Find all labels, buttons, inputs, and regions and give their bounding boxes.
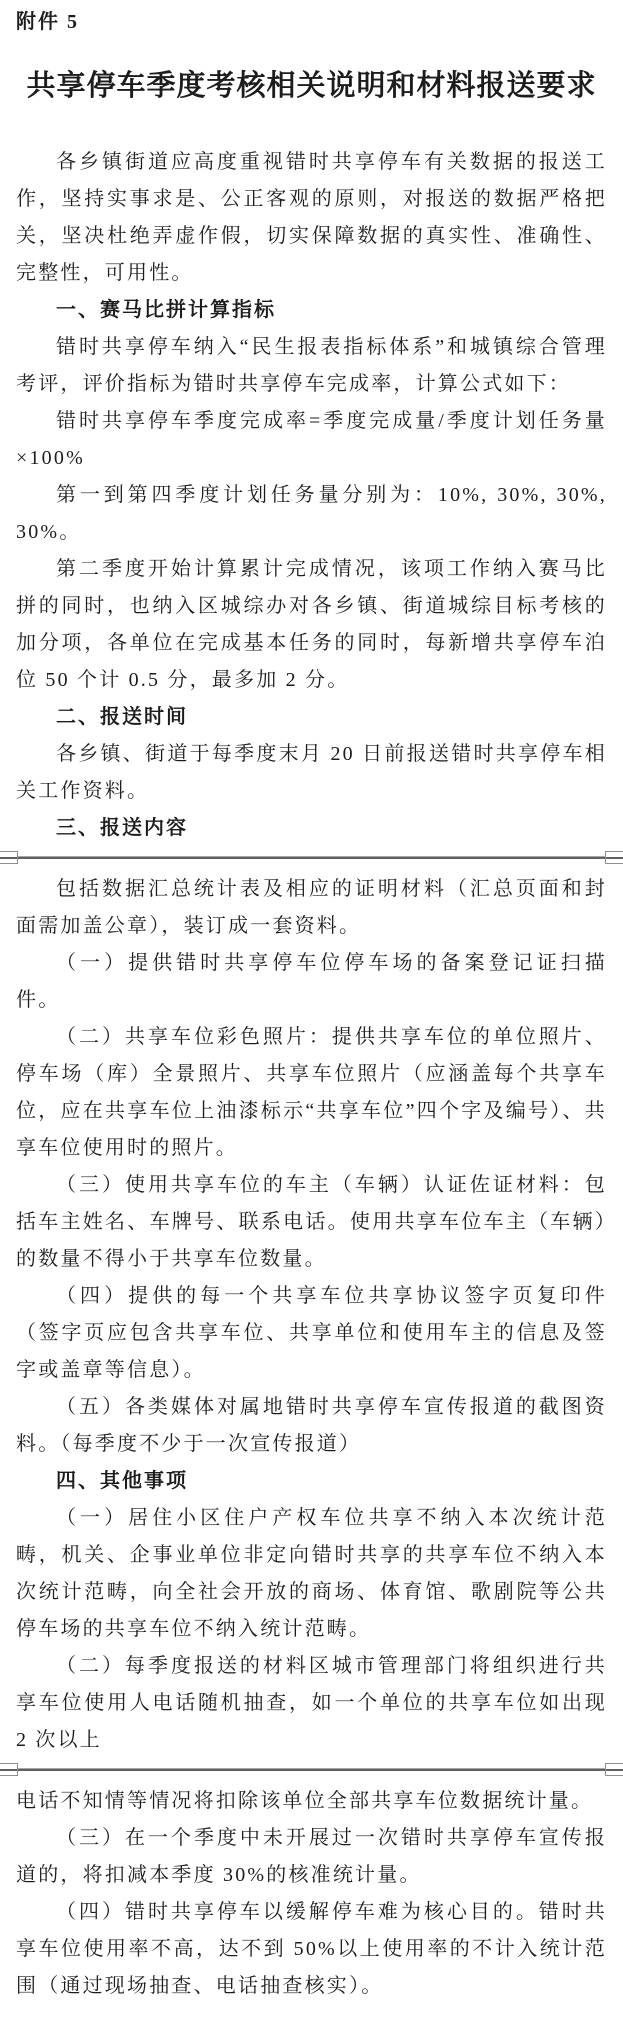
paragraph: 第二季度开始计算累计完成情况，该项工作纳入赛马比拼的同时，也纳入区城综办对各乡镇…: [16, 551, 607, 699]
paragraph-item-5: （五）各类媒体对属地错时共享停车宣传报道的截图资料。（每季度不少于一次宣传报道）: [16, 1389, 607, 1463]
paragraph-other-1: （一）居住小区住户产权车位共享不纳入本次统计范畴，机关、企事业单位非定向错时共享…: [16, 1500, 607, 1648]
paragraph-formula: 错时共享停车季度完成率=季度完成量/季度计划任务量×100%: [16, 403, 607, 477]
section-heading-2: 二、报送时间: [16, 699, 607, 736]
section-heading-1: 一、赛马比拼计算指标: [16, 292, 607, 329]
page-break-right-marker-icon: [605, 851, 623, 864]
paragraph: 包括数据汇总统计表及相应的证明材料（汇总页面和封面需加盖公章），装订成一套资料。: [16, 871, 607, 945]
paragraph-item-3: （三）使用共享车位的车主（车辆）认证佐证材料：包括车主姓名、车牌号、联系电话。使…: [16, 1167, 607, 1278]
paragraph-other-4: （四）错时共享停车以缓解停车难为核心目的。错时共享车位使用率不高，达不到 50%…: [16, 1894, 607, 2005]
page-break-line: [0, 1768, 623, 1771]
paragraph-intro: 各乡镇街道应高度重视错时共享停车有关数据的报送工作，坚持实事求是、公正客观的原则…: [16, 144, 607, 292]
paragraph-other-2-part1: （二）每季度报送的材料区城市管理部门将组织进行共享车位使用人电话随机抽查，如一个…: [16, 1648, 607, 1759]
paragraph-item-4: （四）提供的每一个共享车位共享协议签字页复印件（签字页应包含共享车位、共享单位和…: [16, 1278, 607, 1389]
paragraph-other-3: （三）在一个季度中未开展过一次错时共享停车宣传报道的，将扣减本季度 30%的核准…: [16, 1820, 607, 1894]
document-title: 共享停车季度考核相关说明和材料报送要求: [16, 66, 607, 106]
section-heading-4: 四、其他事项: [16, 1463, 607, 1500]
attachment-label: 附件 5: [16, 8, 607, 36]
page-break-line: [0, 856, 623, 859]
section-heading-3: 三、报送内容: [16, 810, 607, 847]
page-break-divider: [0, 851, 623, 867]
page-break-left-marker-icon: [0, 851, 18, 864]
page-break-divider: [0, 1763, 623, 1779]
paragraph-item-2: （二）共享车位彩色照片：提供共享车位的单位照片、停车场（库）全景照片、共享车位照…: [16, 1019, 607, 1167]
paragraph: 各乡镇、街道于每季度末月 20 日前报送错时共享停车相关工作资料。: [16, 736, 607, 810]
paragraph-quarter-quotas: 第一到第四季度计划任务量分别为：10%, 30%, 30%, 30%。: [16, 477, 607, 551]
paragraph-other-2-part2: 电话不知情等情况将扣除该单位全部共享车位数据统计量。: [16, 1783, 607, 1820]
page-break-right-marker-icon: [605, 1763, 623, 1776]
page-break-left-marker-icon: [0, 1763, 18, 1776]
paragraph: 错时共享停车纳入“民生报表指标体系”和城镇综合管理考评，评价指标为错时共享停车完…: [16, 329, 607, 403]
paragraph-item-1: （一）提供错时共享停车位停车场的备案登记证扫描件。: [16, 945, 607, 1019]
document-page: 附件 5 共享停车季度考核相关说明和材料报送要求 各乡镇街道应高度重视错时共享停…: [0, 0, 623, 2029]
